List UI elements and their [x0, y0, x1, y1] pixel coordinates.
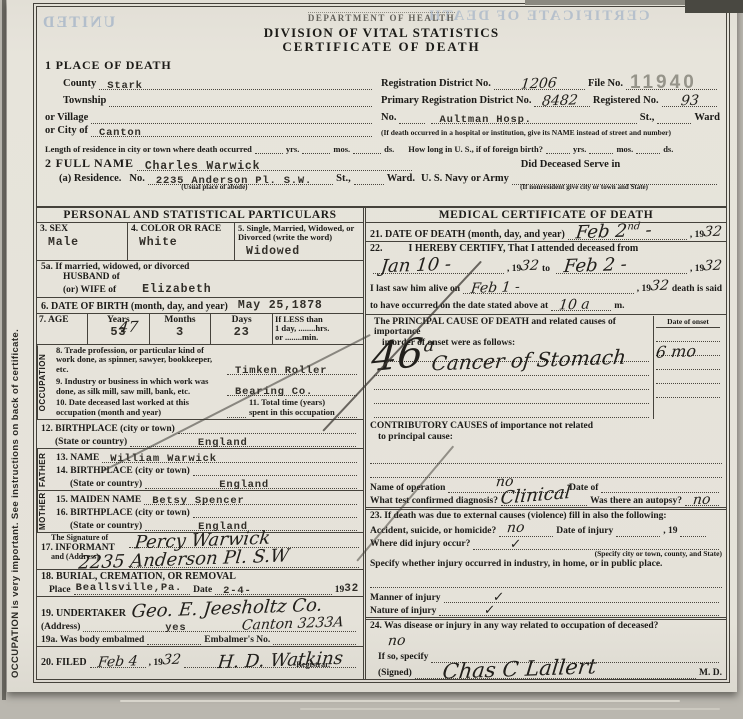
s18-place-line: Beallsville,Pa. [74, 582, 191, 595]
months-value: 3 [152, 325, 209, 339]
place-of-death-label: 1 PLACE OF DEATH [45, 58, 171, 73]
s16-state-label: (State or country) [70, 521, 142, 531]
s15-label: 15. MAIDEN NAME [56, 495, 141, 505]
injury-date-label: Date of injury [556, 526, 613, 536]
residence-st-label: St., [336, 173, 351, 185]
attended-to: Feb 2 - [563, 254, 628, 277]
s18-place-value: Beallsville,Pa. [76, 582, 183, 594]
certify-text: I HEREBY CERTIFY, That I attended deceas… [409, 243, 639, 254]
nature-value: ✓ [483, 603, 496, 618]
registrar-line: H. D. Watkins Registrar. [184, 655, 356, 668]
contributory-block: CONTRIBUTORY CAUSES of importance not re… [366, 420, 726, 479]
residence-length-label: Length of residence in city or town wher… [45, 145, 252, 154]
dob-value: May 25,1878 [238, 299, 323, 312]
s18-date-label: Date [193, 585, 212, 595]
scanned-document-page: UNITED CERTIFICATE OF DEATH OCCUPATION i… [0, 0, 743, 719]
abode-note: (Usual place of abode) [181, 183, 247, 191]
row-length-of-residence: Length of residence in city or town wher… [45, 137, 720, 154]
dob-label: 6. DATE OF BIRTH (month, day, and year) [41, 301, 228, 312]
death-said-label: death is said [672, 284, 722, 294]
village-line [91, 111, 372, 124]
primary-registration-label: Primary Registration District No. [381, 95, 531, 107]
s18-year-value: 32 [344, 583, 359, 595]
injury-year-line [680, 524, 706, 537]
scan-edge-smudge [525, 0, 685, 5]
s14-label: 14. BIRTHPLACE (city or town) [56, 466, 190, 476]
columns: PERSONAL AND STATISTICAL PARTICULARS 3. … [37, 206, 726, 679]
s14-line1 [193, 463, 357, 476]
street-no-line [399, 111, 425, 124]
cause-rule-5 [374, 404, 649, 418]
s18-date-value: 2-4- [223, 585, 251, 597]
medical-column: MEDICAL CERTIFICATE OF DEATH 21. DATE OF… [366, 208, 726, 679]
cause-rule-3 [374, 376, 649, 390]
pencil-mark-47: 47 [118, 318, 139, 337]
row-county-registration: County Stark Registration District No. 1… [45, 73, 720, 90]
top-form: 1 PLACE OF DEATH County Stark Registrati… [37, 55, 726, 203]
contrib-rule-2 [370, 464, 722, 478]
s24-value: no [387, 632, 406, 649]
marital-cell: 5. Single, Married, Widowed, or Divorced… [235, 223, 363, 260]
county-value: Stark [107, 80, 143, 92]
days-value: 23 [213, 325, 270, 339]
section-7-age: 7. AGE Years 53 Months 3 Days 23 [37, 314, 363, 345]
section-17-informant: The Signature of 17. INFORMANT and (Addr… [37, 533, 363, 570]
date-of-label: Date of [569, 483, 598, 493]
s22-number: 22. [370, 243, 383, 254]
s14-state-label: (State or country) [70, 479, 142, 489]
where-note: (Specify city or town, county, and State… [370, 550, 722, 558]
spouse-value: Elizabeth [142, 283, 211, 296]
s20-date-line: Feb 4 [90, 655, 146, 668]
section-19-undertaker: 19. UNDERTAKER Geo. E. Jeesholtz Co. (Ad… [37, 597, 363, 647]
embalmer-no-value: Canton 3233A [240, 614, 343, 634]
manner-label: Manner of injury [370, 593, 441, 603]
to-19: , 19 [690, 264, 704, 274]
accident-line: no [499, 524, 553, 537]
file-no-line: 11940 [626, 77, 717, 90]
injury-date-line [616, 524, 660, 537]
registration-district-label: Registration District No. [381, 78, 491, 90]
street-no-label: No. [381, 112, 396, 124]
hospital-note: (If death occurred in a hospital or inst… [381, 129, 671, 137]
father-side-label: FATHER [37, 449, 53, 490]
days-label: Days [213, 315, 270, 325]
filed-date: Feb 4 [97, 653, 138, 670]
full-name-line: Charles Warwick [137, 158, 412, 171]
file-no-label: File No. [588, 78, 623, 90]
injury-19: , 19 [663, 526, 677, 536]
certificate-body: DEPARTMENT OF HEALTH DIVISION OF VITAL S… [36, 6, 727, 680]
res-yrs-label: yrs. [286, 145, 299, 154]
city-label: or City of [45, 125, 88, 137]
hospital-line: Aultman Hosp. [431, 111, 636, 124]
race-label: 4. COLOR OR RACE [131, 224, 231, 234]
section-18-burial: 18. BURIAL, CREMATION, OR REMOVAL Place … [37, 570, 363, 597]
s18-place-label: Place [49, 585, 71, 595]
s12-value: England [198, 437, 248, 449]
s18-date-line: 2-4- [215, 582, 332, 595]
certificate-title: CERTIFICATE OF DEATH [37, 40, 726, 55]
onset-rule-1 [656, 328, 720, 342]
s19-address-line: yes Canton 3233A [83, 619, 356, 632]
st-label: St., [640, 112, 655, 124]
embalmer-line [273, 632, 356, 645]
specify-rule [370, 574, 722, 588]
less-than-cell: If LESS than 1 day, ........hrs. or ....… [273, 314, 363, 344]
nature-label: Nature of injury [370, 606, 436, 616]
contrib-label1: CONTRIBUTORY CAUSES of importance not re… [370, 421, 722, 431]
s20-label: 20. FILED [41, 657, 87, 668]
village-label: or Village [45, 112, 88, 124]
age-cell: 7. AGE [37, 314, 88, 344]
signed-label: (Signed) [378, 668, 412, 678]
s8-value: Timken Roller [235, 365, 327, 377]
mother-block: MOTHER 15. MAIDEN NAME Betsy Spencer 16.… [37, 491, 363, 533]
serve-line1: Did Deceased Serve in [521, 159, 620, 171]
s19a-label: 19a. Was body embalmed [41, 635, 144, 645]
test-label: What test confirmed diagnosis? [370, 496, 498, 506]
race-cell: 4. COLOR OR RACE White [128, 223, 235, 260]
res-yrs-line [255, 141, 283, 154]
section-22-certify: 22. I HEREBY CERTIFY, That I attended de… [366, 242, 726, 315]
personal-title: PERSONAL AND STATISTICAL PARTICULARS [37, 208, 363, 223]
s14-value: England [219, 479, 269, 491]
marital-label: 5. Single, Married, Widowed, or Divorced… [238, 224, 360, 243]
registered-no-value: 93 [680, 93, 700, 110]
row-place-of-death: 1 PLACE OF DEATH [45, 56, 720, 73]
occupation-body: 8. Trade profession, or particular kind … [53, 345, 363, 419]
section-15: 15. MAIDEN NAME Betsy Spencer [56, 492, 360, 505]
months-label: Months [152, 315, 209, 325]
for-ds-line [636, 141, 660, 154]
section-21-date-of-death: 21. DATE OF DEATH (month, day, and year)… [366, 223, 726, 242]
lastsaw-year: 32 [650, 278, 670, 295]
where-line: ✓ [473, 537, 719, 550]
md-label: M. D. [699, 668, 722, 678]
manner-line: ✓ [444, 590, 719, 603]
registered-no-line: 93 [662, 94, 717, 107]
s19a-line [147, 632, 201, 645]
occupation-block: OCCUPATION 8. Trade profession, or parti… [37, 345, 363, 420]
section-9: 9. Industry or business in which work wa… [53, 376, 363, 398]
row-full-name: 2 FULL NAME Charles Warwick Did Deceased… [45, 154, 720, 171]
less3: or ........min. [275, 333, 361, 342]
serve-line: (If nonresident give city or town and St… [512, 171, 717, 185]
primary-registration-line: 8482 [534, 94, 589, 107]
test-line: Clinical [501, 493, 587, 506]
m-suffix: m. [614, 301, 624, 311]
res-ds-line [353, 141, 381, 154]
death-date-value: Feb 2nd - [575, 220, 653, 244]
residence-no-label: No. [129, 173, 144, 185]
section-5a: 5a. If married, widowed, or divorced HUS… [37, 261, 363, 298]
section-14b: (State or country) England [56, 476, 360, 489]
onset-rule-5 [656, 384, 720, 398]
lastsaw-label: I last saw him alive on [370, 284, 460, 294]
signed-line: Chas C Lallert [415, 666, 696, 679]
residence-label: (a) Residence. [59, 173, 121, 185]
row-township-primary: Township Primary Registration District N… [45, 90, 720, 107]
s14-line2: England [145, 476, 357, 489]
death-year-value: 32 [703, 224, 723, 241]
section-6-dob: 6. DATE OF BIRTH (month, day, and year) … [37, 298, 363, 314]
file-no-stamp: 11940 [630, 72, 697, 94]
page-spine-shadow [2, 0, 6, 700]
section-24-block: 24. Was disease or injury in any way rel… [366, 620, 726, 679]
res-ds-label: ds. [384, 145, 394, 154]
attended-from-line: Jan 10 - [373, 261, 504, 274]
certificate-frame: DEPARTMENT OF HEALTH DIVISION OF VITAL S… [33, 3, 730, 683]
for-yrs-line [546, 141, 570, 154]
s21-label: 21. DATE OF DEATH (month, day, and year) [370, 229, 565, 240]
accident-value: no [506, 519, 525, 536]
s13-label: 13. NAME [56, 453, 99, 463]
county-label: County [63, 78, 96, 90]
onset-rule-4 [656, 370, 720, 384]
ward-line [657, 111, 691, 124]
s23-label: 23. If death was due to external causes … [370, 511, 722, 521]
sex-value: Male [48, 236, 124, 249]
days-cell: Days 23 [211, 314, 273, 344]
autopsy-label: Was there an autopsy? [590, 496, 682, 506]
marital-value: Widowed [246, 245, 360, 258]
cause-rule-4 [374, 390, 649, 404]
where-label: Where did injury occur? [370, 539, 470, 549]
section-20-filed: 20. FILED Feb 4 , 19 32 H. D. Watkins Re… [37, 647, 363, 669]
onset-rule-3 [656, 356, 720, 370]
township-line [109, 94, 372, 107]
section-13: 13. NAME William Warwick [56, 450, 360, 463]
row-city-hospnote: or City of Canton (If death occurred in … [45, 124, 720, 137]
s9-label: 9. Industry or business in which work wa… [56, 377, 224, 397]
hospital-value: Aultman Hosp. [439, 114, 531, 126]
embalmer-label: Embalmer's No. [204, 635, 270, 645]
department-line: DEPARTMENT OF HEALTH [308, 12, 455, 23]
registrar-label: Registrar. [296, 660, 330, 669]
for-mos-line [589, 141, 613, 154]
nonresident-note: (If nonresident give city or town and St… [520, 183, 648, 191]
certificate-paper: UNITED CERTIFICATE OF DEATH OCCUPATION i… [7, 0, 737, 692]
date-of-onset-label: Date of onset [656, 316, 720, 328]
page-stack-line-1 [120, 700, 680, 702]
city-value: Canton [99, 127, 142, 139]
section-12: 12. BIRTHPLACE (city or town) (State or … [37, 420, 363, 449]
principal-cause-main: The PRINCIPAL CAUSE OF DEATH and related… [370, 316, 653, 419]
s8-label: 8. Trade profession, or particular kind … [56, 346, 224, 375]
accident-label: Accident, suicide, or homicide? [370, 526, 496, 536]
contrib-rule-1 [370, 450, 722, 464]
foreign-birth-label: How long in U. S., if of foreign birth? [408, 145, 543, 154]
husband-label: HUSBAND of [63, 272, 359, 282]
full-name-label: 2 FULL NAME [45, 156, 134, 171]
filed-year: 32 [162, 652, 182, 669]
section-23-block: 23. If death was due to external causes … [366, 510, 726, 620]
attended-from: Jan 10 - [380, 254, 453, 277]
date-of-onset-box: Date of onset 6 mo [653, 316, 722, 419]
certificate-header: DEPARTMENT OF HEALTH DIVISION OF VITAL S… [37, 7, 726, 55]
s9-line: Bearing Co. [227, 383, 357, 396]
division-line: DIVISION OF VITAL STATISTICS [37, 26, 726, 41]
registration-district-value: 1206 [520, 75, 557, 92]
lastsaw-19: , 19 [637, 284, 651, 294]
ward-label: Ward [694, 112, 720, 124]
time-value: 10 a [558, 296, 590, 313]
from-year: 32 [520, 258, 540, 275]
county-line: Stark [99, 77, 372, 90]
serve-line2: U. S. Navy or Army [421, 173, 509, 185]
s12-label: 12. BIRTHPLACE (city or town) [41, 424, 175, 434]
sex-cell: 3. SEX Male [37, 223, 128, 260]
s12-state-label: (State or country) [55, 437, 127, 447]
wife-label: (or) WIFE of [63, 285, 116, 295]
s19-address-label: (Address) [41, 622, 80, 632]
residence-line: 2235 Anderson Pl. S.W. (Usual place of a… [148, 171, 333, 185]
registered-no-label: Registered No. [593, 95, 659, 107]
onset-rule-2: 6 mo [656, 342, 720, 356]
for-mos-label: mos. [616, 145, 633, 154]
from-19: , 19 [507, 264, 521, 274]
lastsaw-value: Feb 1 - [470, 279, 521, 297]
attended-to-line: Feb 2 - [556, 261, 687, 274]
principal-cause-block: The PRINCIPAL CAUSE OF DEATH and related… [366, 315, 726, 420]
township-label: Township [63, 95, 106, 107]
autopsy-value: no [692, 492, 711, 509]
race-value: White [139, 236, 231, 249]
to-label: to [542, 264, 550, 274]
s18-label: 18. BURIAL, CREMATION, OR REMOVAL [41, 571, 359, 582]
s16-label: 16. BIRTHPLACE (city or town) [56, 508, 190, 518]
section-16: 16. BIRTHPLACE (city or town) [56, 505, 360, 518]
operation-label: Name of operation [370, 483, 445, 493]
s24-label: 24. Was disease or injury in any way rel… [370, 621, 722, 631]
nature-line: ✓ [439, 603, 719, 616]
residence-ward-line [354, 171, 384, 185]
time-line: 10 a [551, 298, 611, 311]
father-block: FATHER 13. NAME William Warwick 14. BIRT… [37, 449, 363, 491]
s20-19: , 19 [149, 658, 163, 668]
occurred-label: to have occurred on the date stated abov… [370, 301, 548, 311]
age-label: 7. AGE [39, 315, 85, 325]
occupation-side-label: OCCUPATION [37, 345, 53, 419]
row-residence: (a) Residence. No. 2235 Anderson Pl. S.W… [45, 171, 720, 203]
to-year: 32 [703, 258, 723, 275]
personal-column: PERSONAL AND STATISTICAL PARTICULARS 3. … [37, 208, 366, 679]
s21-19: , 19 [690, 230, 704, 240]
for-ds-label: ds. [663, 145, 673, 154]
res-mos-label: mos. [333, 145, 350, 154]
s11-label: 11. Total time (years) spent in this occ… [249, 398, 335, 418]
ifso-label: If so, specify [378, 652, 428, 662]
s18-19: 19 [335, 585, 345, 595]
s10-label: 10. Date deceased last worked at this oc… [56, 398, 224, 418]
contrib-label2: to principal cause: [378, 432, 722, 442]
s19-label: 19. UNDERTAKER [41, 608, 126, 619]
for-yrs-label: yrs. [573, 145, 586, 154]
test-value: Clinical [500, 482, 572, 509]
row-village-hospital: or Village No. Aultman Hosp. St., Ward [45, 107, 720, 124]
margin-instruction-text: OCCUPATION is very important. See instru… [10, 118, 21, 678]
s16-line1 [193, 505, 357, 518]
where-value: ✓ [509, 536, 522, 551]
scan-dark-corner [685, 0, 743, 13]
primary-registration-value: 8482 [542, 92, 579, 109]
registration-district-line: 1206 [494, 77, 585, 90]
autopsy-line: no [685, 493, 719, 506]
s17a-label: The Signature of [51, 534, 129, 543]
s15-line: Betsy Spencer [144, 492, 357, 505]
mother-side-label: MOTHER [37, 491, 53, 532]
specify-label: Specify whether injury occurred in indus… [370, 559, 722, 569]
page-stack-line-2 [300, 708, 720, 710]
sex-label: 3. SEX [40, 224, 124, 234]
medical-title: MEDICAL CERTIFICATE OF DEATH [366, 208, 726, 223]
months-cell: Months 3 [150, 314, 212, 344]
residence-ward-label: Ward. [387, 173, 415, 185]
lastsaw-line: Feb 1 - [463, 281, 634, 294]
sex-race-marital-row: 3. SEX Male 4. COLOR OR RACE White 5. Si… [37, 223, 363, 261]
s5a-label: 5a. If married, widowed, or divorced [41, 262, 359, 272]
s21-line: Feb 2nd - [568, 227, 687, 240]
cause-code: 46a [370, 329, 436, 381]
city-line: Canton [91, 124, 372, 137]
res-mos-line [302, 141, 330, 154]
